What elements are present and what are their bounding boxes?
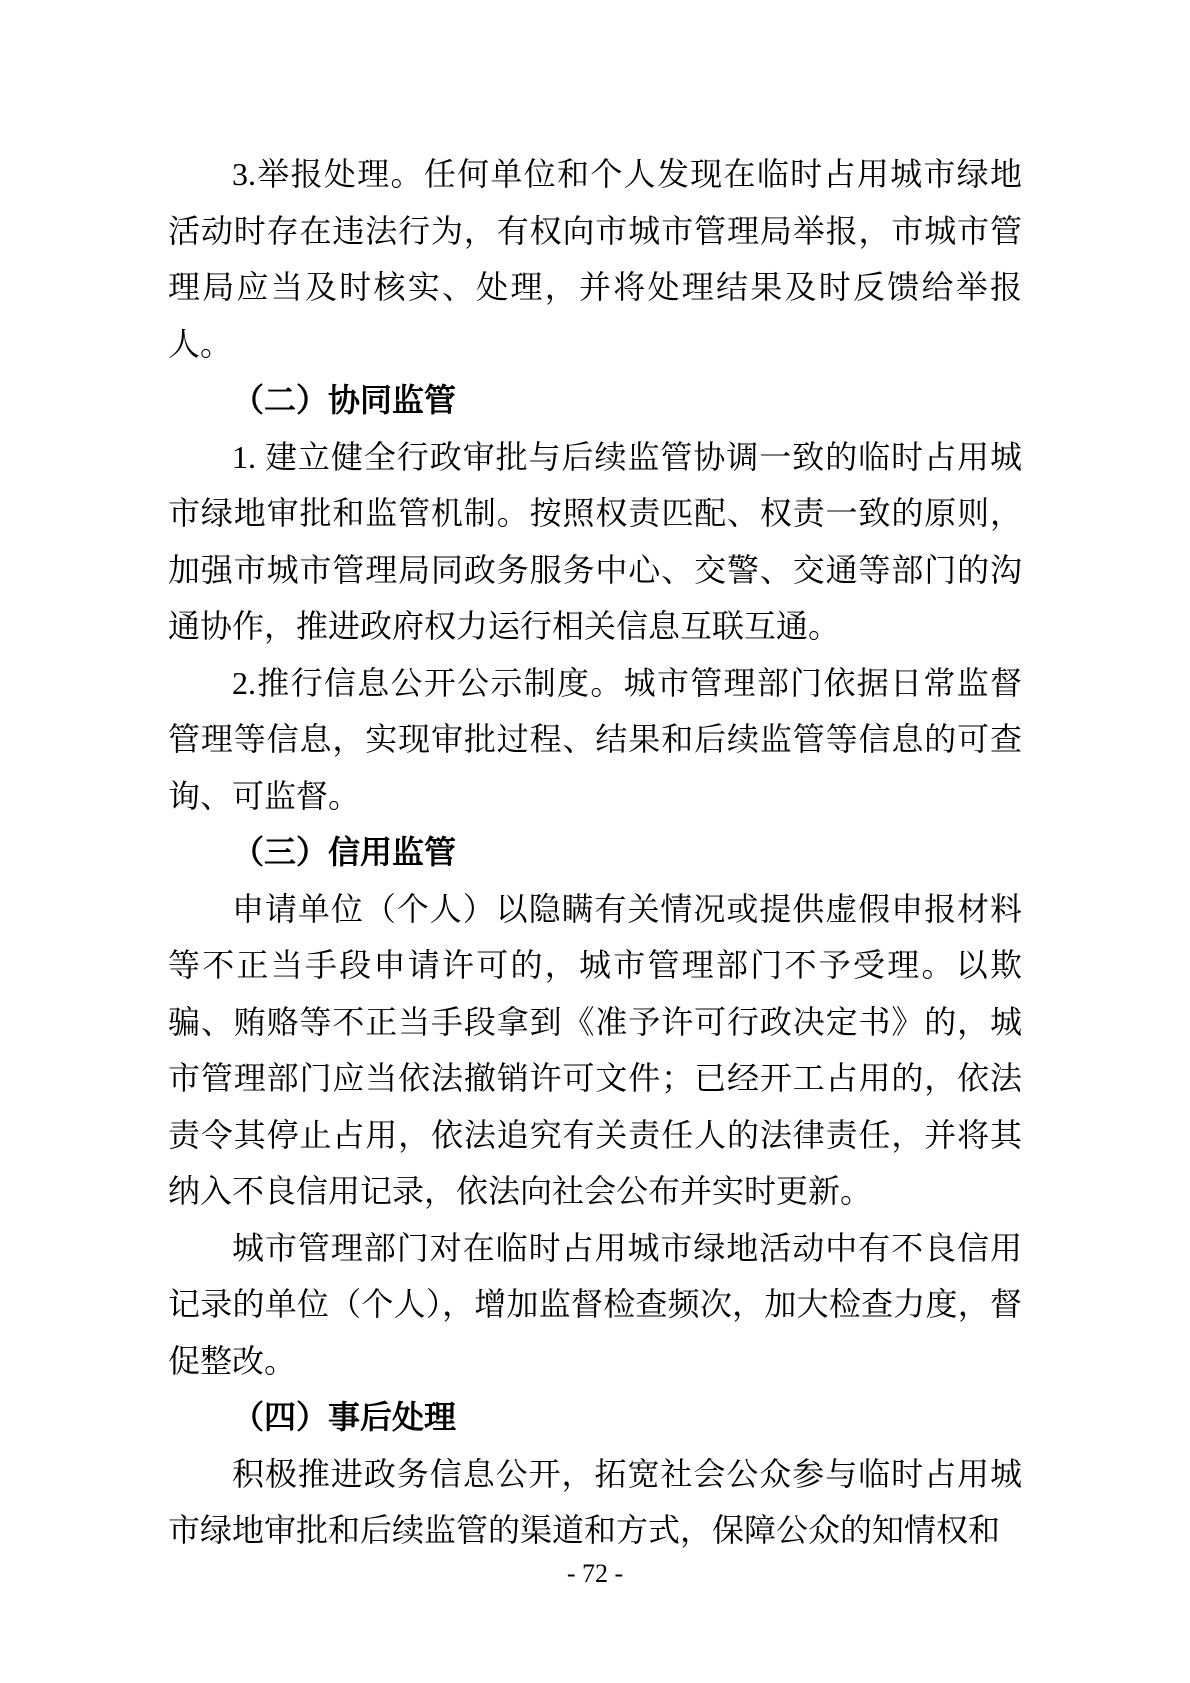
body-paragraph: 3.举报处理。任何单位和个人发现在临时占用城市绿地活动时存在违法行为，有权向市城… — [168, 146, 1022, 372]
body-paragraph: 2.推行信息公开公示制度。城市管理部门依据日常监督管理等信息，实现审批过程、结果… — [168, 655, 1022, 825]
section-heading: （三）信用监管 — [168, 824, 1022, 881]
body-paragraph: 申请单位（个人）以隐瞒有关情况或提供虚假申报材料等不正当手段申请许可的，城市管理… — [168, 881, 1022, 1220]
section-heading: （四）事后处理 — [168, 1389, 1022, 1446]
body-paragraph: 1. 建立健全行政审批与后续监管协调一致的临时占用城市绿地审批和监管机制。按照权… — [168, 429, 1022, 655]
page-number: - 72 - — [567, 1559, 623, 1588]
section-heading: （二）协同监管 — [168, 372, 1022, 429]
document-page: 3.举报处理。任何单位和个人发现在临时占用城市绿地活动时存在违法行为，有权向市城… — [0, 0, 1190, 1683]
body-paragraph: 积极推进政务信息公开，拓宽社会公众参与临时占用城市绿地审批和后续监管的渠道和方式… — [168, 1446, 1022, 1559]
document-body: 3.举报处理。任何单位和个人发现在临时占用城市绿地活动时存在违法行为，有权向市城… — [168, 146, 1022, 1559]
body-paragraph: 城市管理部门对在临时占用城市绿地活动中有不良信用记录的单位（个人），增加监督检查… — [168, 1220, 1022, 1390]
page-footer: - 72 - — [0, 1558, 1190, 1590]
